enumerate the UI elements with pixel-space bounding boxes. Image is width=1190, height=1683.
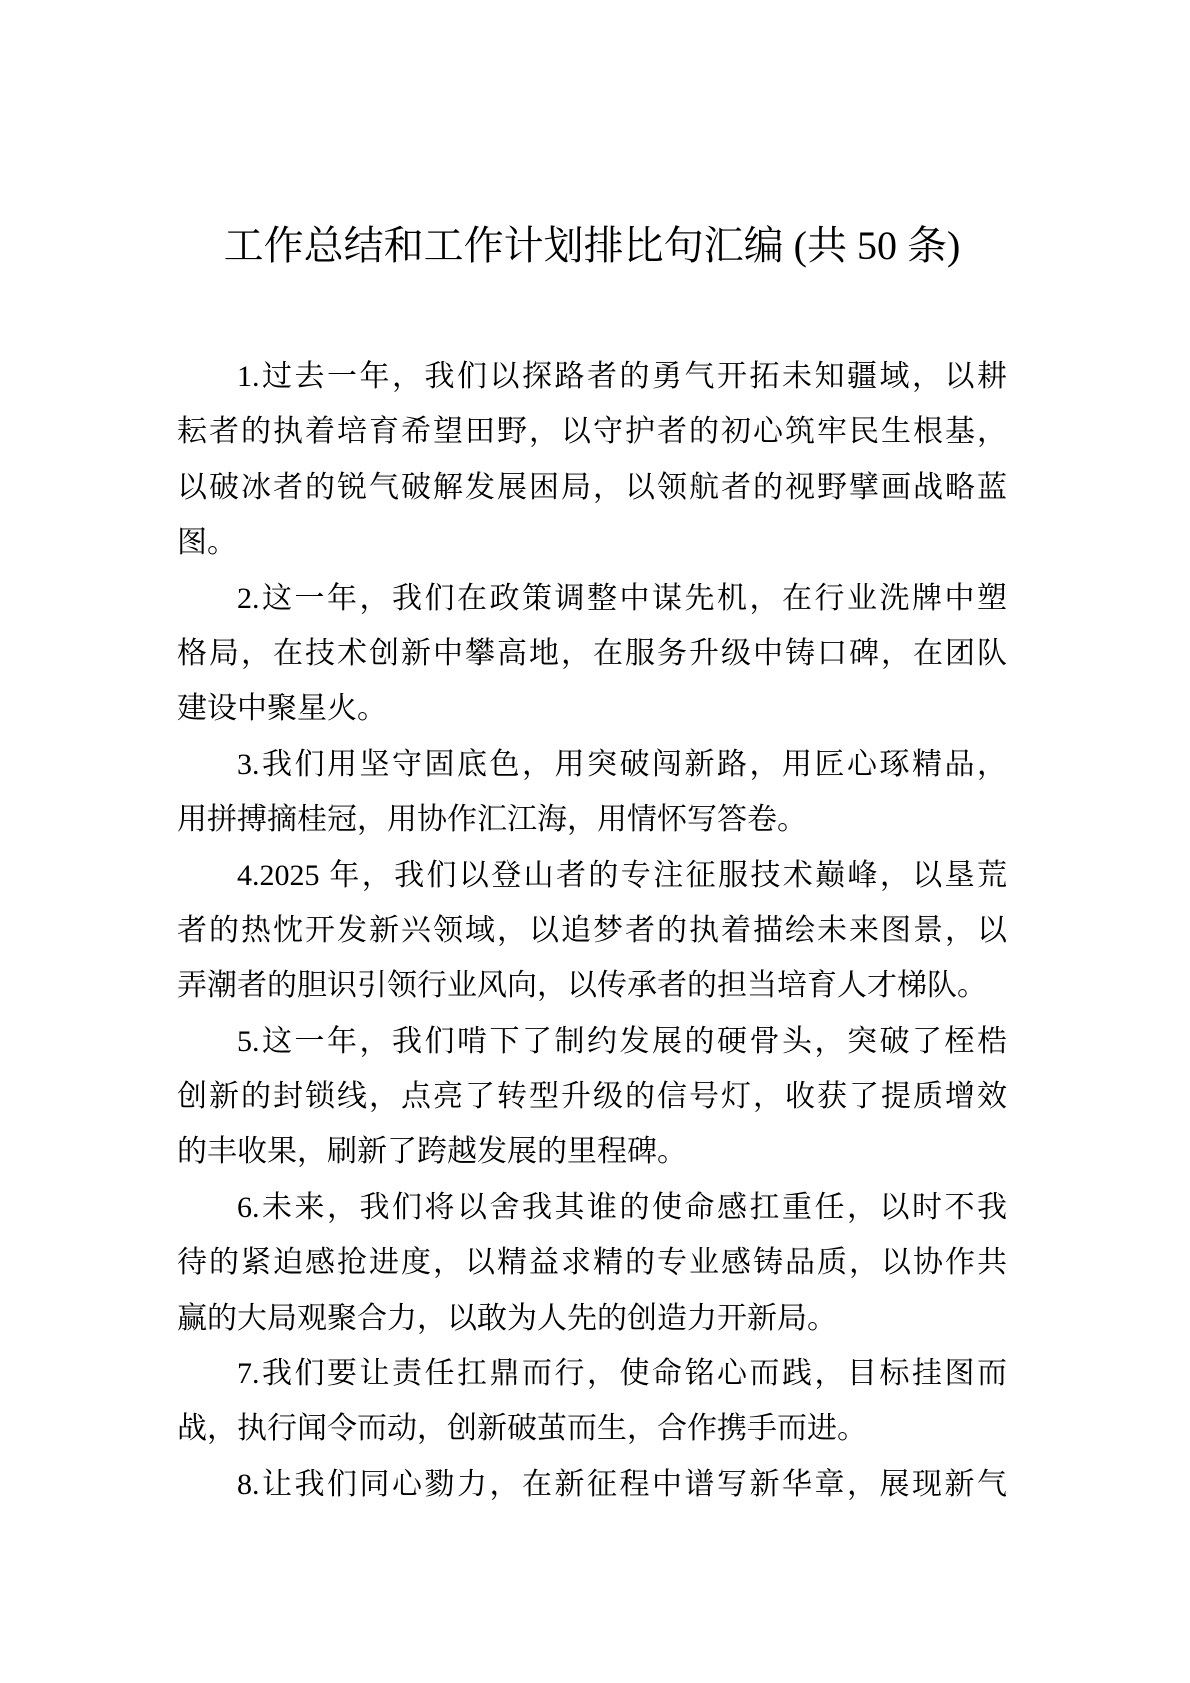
text-line: 战，执行闻令而动，创新破茧而生，合作携手而进。 <box>177 1401 1007 1456</box>
text-line: 弄潮者的胆识引领行业风向，以传承者的担当培育人才梯队。 <box>177 958 1007 1013</box>
paragraph-3: 3.我们用坚守固底色，用突破闯新路，用匠心琢精品， 用拼搏摘桂冠，用协作汇江海，… <box>177 737 1007 848</box>
paragraph-2: 2.这一年，我们在政策调整中谋先机，在行业洗牌中塑 格局，在技术创新中攀高地，在… <box>177 571 1007 737</box>
paragraph-1: 1.过去一年，我们以探路者的勇气开拓未知疆域，以耕 耘者的执着培育希望田野，以守… <box>177 349 1007 571</box>
text-line: 6.未来，我们将以舍我其谁的使命感扛重任，以时不我 <box>177 1180 1007 1235</box>
text-line: 者的热忱开发新兴领域，以追梦者的执着描绘未来图景，以 <box>177 903 1007 958</box>
text-line: 格局，在技术创新中攀高地，在服务升级中铸口碑，在团队 <box>177 626 1007 681</box>
text-line: 5.这一年，我们啃下了制约发展的硬骨头，突破了桎梏 <box>177 1014 1007 1069</box>
text-line: 图。 <box>177 515 1007 570</box>
text-line: 待的紧迫感抢进度，以精益求精的专业感铸品质，以协作共 <box>177 1235 1007 1290</box>
text-line: 建设中聚星火。 <box>177 681 1007 736</box>
text-line: 创新的封锁线，点亮了转型升级的信号灯，收获了提质增效 <box>177 1069 1007 1124</box>
text-line: 以破冰者的锐气破解发展困局，以领航者的视野擘画战略蓝 <box>177 460 1007 515</box>
paragraph-4: 4.2025 年，我们以登山者的专注征服技术巅峰，以垦荒 者的热忱开发新兴领域，… <box>177 848 1007 1014</box>
text-line: 4.2025 年，我们以登山者的专注征服技术巅峰，以垦荒 <box>177 848 1007 903</box>
text-line: 3.我们用坚守固底色，用突破闯新路，用匠心琢精品， <box>177 737 1007 792</box>
document-title: 工作总结和工作计划排比句汇编 (共 50 条) <box>177 0 1007 274</box>
paragraph-6: 6.未来，我们将以舍我其谁的使命感扛重任，以时不我 待的紧迫感抢进度，以精益求精… <box>177 1180 1007 1346</box>
text-line: 用拼搏摘桂冠，用协作汇江海，用情怀写答卷。 <box>177 792 1007 847</box>
paragraph-7: 7.我们要让责任扛鼎而行，使命铭心而践，目标挂图而 战，执行闻令而动，创新破茧而… <box>177 1346 1007 1457</box>
text-line: 耘者的执着培育希望田野，以守护者的初心筑牢民生根基， <box>177 404 1007 459</box>
paragraph-8: 8.让我们同心勠力，在新征程中谱写新华章，展现新气 <box>177 1457 1007 1512</box>
text-line: 1.过去一年，我们以探路者的勇气开拓未知疆域，以耕 <box>177 349 1007 404</box>
text-line: 的丰收果，刷新了跨越发展的里程碑。 <box>177 1124 1007 1179</box>
text-line: 7.我们要让责任扛鼎而行，使命铭心而践，目标挂图而 <box>177 1346 1007 1401</box>
text-line: 赢的大局观聚合力，以敢为人先的创造力开新局。 <box>177 1291 1007 1346</box>
document-content: 工作总结和工作计划排比句汇编 (共 50 条) 1.过去一年，我们以探路者的勇气… <box>177 0 1007 1512</box>
text-line: 8.让我们同心勠力，在新征程中谱写新华章，展现新气 <box>177 1457 1007 1512</box>
text-line: 2.这一年，我们在政策调整中谋先机，在行业洗牌中塑 <box>177 571 1007 626</box>
paragraph-5: 5.这一年，我们啃下了制约发展的硬骨头，突破了桎梏 创新的封锁线，点亮了转型升级… <box>177 1014 1007 1180</box>
document-page: 工作总结和工作计划排比句汇编 (共 50 条) 1.过去一年，我们以探路者的勇气… <box>0 0 1190 1683</box>
